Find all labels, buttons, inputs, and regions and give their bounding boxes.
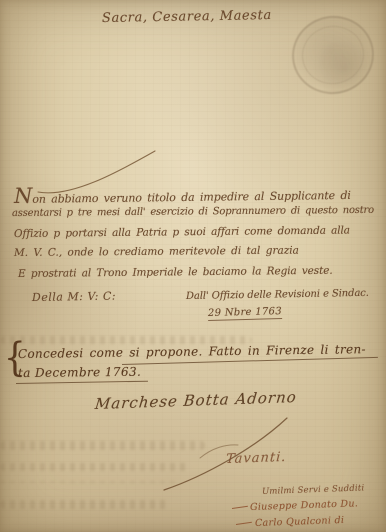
petitioner-dash-2 [236, 522, 252, 525]
bleedthrough-line [0, 336, 252, 344]
document-heading: Sacra, Cesarea, Maesta [102, 8, 272, 26]
subscription-line: Umilmi Servi e Sudditi [262, 483, 365, 497]
address-majesty: Della M: V: C: [32, 290, 116, 304]
bleedthrough-rule [0, 481, 175, 483]
closing-line: E prostrati al Trono Imperiale le baciam… [18, 265, 333, 280]
petitioner-name-2: Carlo Qualconi di [255, 515, 345, 529]
signature-tavanti: Tavanti. [225, 450, 286, 467]
signature-botta-adorno: Marchese Botta Adorno [94, 388, 298, 413]
office-date: 29 Nbre 1763 [208, 306, 282, 321]
office-line: Dall' Offizio delle Revisioni e Sindac. [186, 288, 369, 302]
circular-seal-stamp-icon [286, 9, 380, 100]
bleedthrough-line [0, 441, 205, 450]
body-line-2: assentarsi p tre mesi dall' esercizio di… [12, 205, 374, 219]
bleedthrough-line [0, 500, 168, 509]
resolution-underline-2 [16, 381, 148, 384]
body-line-3: Offizio p portarsi alla Patria p suoi af… [14, 224, 350, 240]
body-line-1: Non abbiamo veruno titolo da impedire al… [14, 180, 351, 208]
petitioner-dash-1 [232, 506, 248, 509]
petitioner-name-1: Giuseppe Donato Du. [250, 498, 359, 513]
resolution-line-2: ta Decembre 1763. [18, 365, 141, 380]
body-line-4: M. V. C., onde lo crediamo meritevole di… [14, 245, 299, 259]
manuscript-page: Sacra, Cesarea, Maesta Non abbiamo verun… [0, 0, 386, 532]
bleedthrough-line [0, 463, 188, 471]
